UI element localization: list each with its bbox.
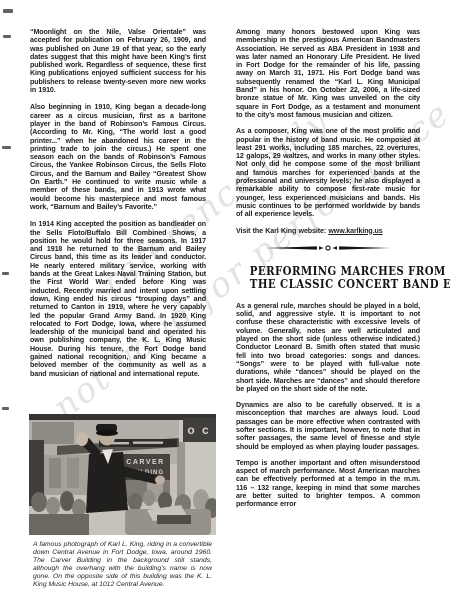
scan-artifact [2,272,9,275]
photo-figure: o c CARVER BUILDING [29,414,216,590]
right-column: Among many honors bestowed upon King was… [236,28,420,517]
scan-artifact [3,9,13,13]
scan-artifact [2,407,9,410]
paragraph-march-style: As a general rule, marches should be pla… [236,302,420,393]
photo-caption: A famous photograph of Karl L. King, rid… [33,541,212,590]
divider-ornament-icon [265,243,391,253]
paragraph-circus-career: Also beginning in 1910, King began a dec… [30,103,206,211]
left-column: “Moonlight on the Nile, Valse Orientale”… [30,28,206,387]
scan-artifact [2,146,11,149]
scan-artifact [3,35,11,38]
website-prefix: Visit the Karl King website: [236,227,328,235]
section-heading-line1: PERFORMING MARCHES FROM [250,265,406,279]
ornamental-divider [265,243,391,253]
paragraph-dynamics: Dynamics are also to be carefully observ… [236,401,420,451]
paragraph-bandleader-fort-dodge: In 1914 King accepted the position as ba… [30,220,206,378]
corner-sign-text: o c [187,423,210,437]
paragraph-tempo: Tempo is another important and often mis… [236,459,420,509]
karl-king-parade-photo: o c CARVER BUILDING [29,414,216,535]
section-heading-line2: THE CLASSIC CONCERT BAND ERA [250,278,406,292]
carver-sign-line1: CARVER [126,459,164,466]
section-heading: PERFORMING MARCHES FROM THE CLASSIC CONC… [236,265,420,292]
scanned-document-page: reference only not valid for performance… [0,0,450,600]
paragraph-first-publications: “Moonlight on the Nile, Valse Orientale”… [30,28,206,94]
paragraph-composer: As a composer, King was one of the most … [236,127,420,218]
paragraph-honors: Among many honors bestowed upon King was… [236,28,420,119]
raised-hand [76,432,88,446]
website-link[interactable]: www.karlking.us [328,227,382,235]
website-line: Visit the Karl King website: www.karlkin… [236,227,420,235]
